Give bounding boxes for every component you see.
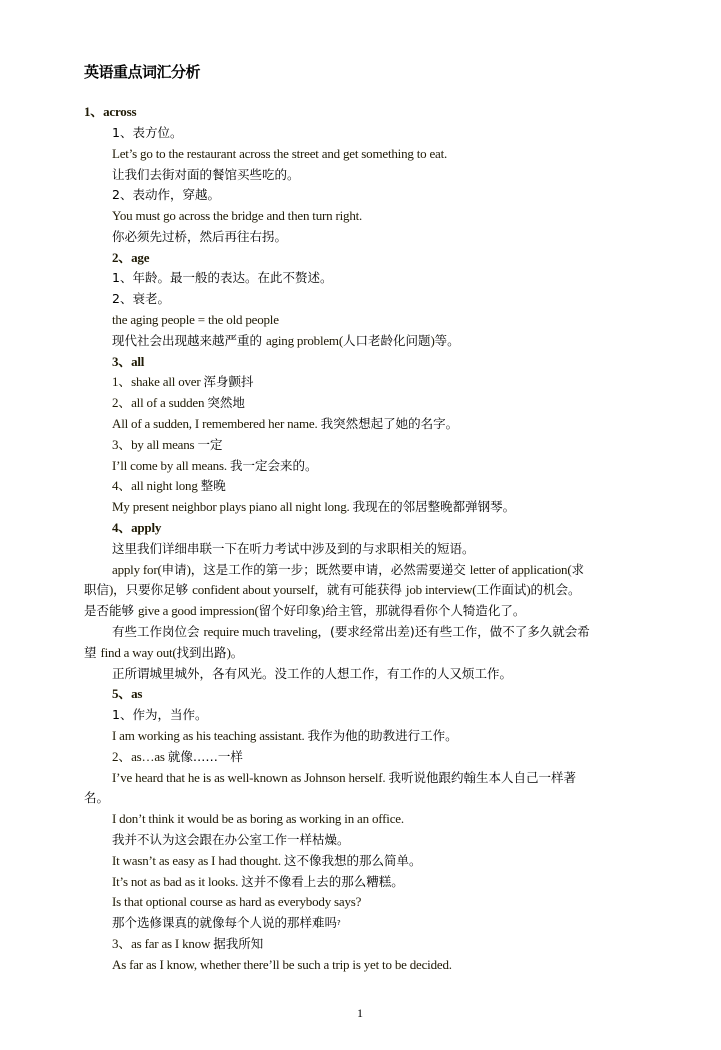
text-run: 2、all of a sudden — [112, 395, 207, 410]
text-run: 1、across — [84, 104, 136, 119]
document-page: 英语重点词汇分析 1、across1、表方位。Let’s go to the r… — [0, 0, 721, 1050]
text-line: 是否能够 give a good impression(留个好印象)给主管，那就… — [84, 602, 525, 620]
text-line: I’ll come by all means. 我一定会来的。 — [112, 457, 317, 475]
text-run: It’s not as bad as it looks. — [112, 874, 241, 889]
text-line: 职信)，只要你足够 confident about yourself，就有可能获… — [84, 581, 581, 599]
text-run: 工作面试 — [476, 582, 526, 597]
text-line: It wasn’t as easy as I had thought. 这不像我… — [112, 852, 422, 870]
text-line: 4、all night long 整晚 — [112, 477, 226, 495]
text-line: 我并不认为这会跟在办公室工作一样枯燥。 — [112, 831, 350, 849]
text-run: find a way out( — [100, 645, 176, 660]
missing-glyph-icon: ? — [337, 914, 341, 932]
text-run: 留个好印象 — [259, 603, 322, 618]
text-run: 。 — [231, 645, 244, 660]
text-run: As far as I know, whether there’ll be su… — [112, 957, 452, 972]
text-run: Is that optional course as hard as every… — [112, 894, 361, 909]
text-line: 望 find a way out(找到出路)。 — [84, 644, 243, 662]
text-line: It’s not as bad as it looks. 这并不像看上去的那么糟… — [112, 873, 404, 891]
text-run: 4、apply — [112, 520, 161, 535]
text-run: 1、作为，当作。 — [112, 707, 207, 722]
text-line: All of a sudden, I remembered her name. … — [112, 415, 458, 433]
text-line: 3、all — [112, 353, 144, 371]
text-run: 找到出路 — [177, 645, 227, 660]
text-line: I’ve heard that he is as well-known as J… — [112, 769, 576, 787]
text-line: 5、as — [112, 685, 142, 703]
text-run: 5、as — [112, 686, 142, 701]
text-line: 现代社会出现越来越严重的 aging problem(人口老龄化问题)等。 — [112, 332, 460, 350]
text-run: 等。 — [435, 333, 460, 348]
text-run: 2、衰老。 — [112, 291, 170, 306]
text-run: 现代社会出现越来越严重的 — [112, 333, 266, 348]
text-line: 2、age — [112, 249, 149, 267]
text-run: ，就有可能获得 — [314, 582, 405, 597]
text-run: 我现在的邻居整晚都弹钢琴。 — [353, 499, 516, 514]
text-run: apply for( — [112, 562, 162, 577]
text-run: Let’s go to the restaurant across the st… — [112, 146, 447, 161]
text-line: As far as I know, whether there’ll be su… — [112, 956, 452, 974]
text-run: 2、as…as — [112, 749, 168, 764]
text-line: 1、表方位。 — [112, 124, 182, 142]
text-run: 那个选修课真的就像每个人说的那样难吗 — [112, 915, 337, 930]
text-run: 是否能够 — [84, 603, 138, 618]
text-line: Is that optional course as hard as every… — [112, 893, 361, 911]
text-run: ，只要你足够 — [113, 582, 192, 597]
document-title: 英语重点词汇分析 — [84, 61, 200, 82]
text-line: Let’s go to the restaurant across the st… — [112, 145, 447, 163]
text-line: 这里我们详细串联一下在听力考试中涉及到的与求职相关的短语。 — [112, 540, 475, 558]
text-run: 求 — [572, 562, 585, 577]
text-run: 我一定会来的。 — [230, 458, 318, 473]
text-run: 我听说他跟约翰生本人自己一样著 — [389, 770, 577, 785]
text-run: 突然地 — [207, 395, 245, 410]
text-run: 的机会。 — [531, 582, 581, 597]
text-run: job interview( — [406, 582, 476, 597]
text-run: 一定 — [197, 437, 222, 452]
text-run: 给主管，那就得看你个人犄造化了。 — [325, 603, 525, 618]
text-run: require much traveling — [203, 624, 317, 639]
text-run: 我作为他的助教进行工作。 — [308, 728, 458, 743]
text-line: 名。 — [84, 789, 109, 807]
text-run: 就像……一样 — [168, 749, 243, 764]
text-run: give a good impression( — [138, 603, 259, 618]
text-run: It wasn’t as easy as I had thought. — [112, 853, 284, 868]
text-run: 3、by all means — [112, 437, 197, 452]
text-run: 3、all — [112, 354, 144, 369]
text-line: the aging people = the old people — [112, 311, 279, 329]
text-run: 4、all night long — [112, 478, 201, 493]
text-line: 3、as far as I know 据我所知 — [112, 935, 263, 953]
text-line: You must go across the bridge and then t… — [112, 207, 362, 225]
text-run: I’ve heard that he is as well-known as J… — [112, 770, 389, 785]
text-run: 这里我们详细串联一下在听力考试中涉及到的与求职相关的短语。 — [112, 541, 475, 556]
text-run: 这并不像看上去的那么糟糕。 — [241, 874, 404, 889]
text-run: 正所谓城里城外，各有风光。没工作的人想工作，有工作的人又烦工作。 — [112, 666, 512, 681]
text-line: 2、all of a sudden 突然地 — [112, 394, 245, 412]
text-run: 我突然想起了她的名字。 — [321, 416, 459, 431]
text-line: 1、年龄。最一般的表达。在此不赘述。 — [112, 269, 332, 287]
page-number: 1 — [357, 1006, 363, 1021]
text-run: letter of application( — [470, 562, 572, 577]
text-run: 申请 — [162, 562, 187, 577]
text-run: ，(要求经常出差)还有些工作，做不了多久就会希 — [317, 624, 589, 639]
text-run: 1、shake all over — [112, 374, 204, 389]
text-run: 职信 — [84, 582, 109, 597]
text-run: I’ll come by all means. — [112, 458, 230, 473]
text-run: You must go across the bridge and then t… — [112, 208, 362, 223]
text-line: 有些工作岗位会 require much traveling，(要求经常出差)还… — [112, 623, 590, 641]
text-run: 这不像我想的那么简单。 — [284, 853, 422, 868]
text-run: All of a sudden, I remembered her name. — [112, 416, 321, 431]
text-run: 2、表动作，穿越。 — [112, 187, 220, 202]
text-run: 1、年龄。最一般的表达。在此不赘述。 — [112, 270, 332, 285]
text-run: 望 — [84, 645, 100, 660]
text-run: 让我们去街对面的餐馆买些吃的。 — [112, 167, 300, 182]
text-run: confident about yourself — [192, 582, 314, 597]
text-run: 名。 — [84, 790, 109, 805]
text-line: 你必须先过桥，然后再往右拐。 — [112, 228, 287, 246]
text-line: 1、作为，当作。 — [112, 706, 207, 724]
text-run: 1、表方位。 — [112, 125, 182, 140]
text-line: I am working as his teaching assistant. … — [112, 727, 458, 745]
text-run: 你必须先过桥，然后再往右拐。 — [112, 229, 287, 244]
text-line: 让我们去街对面的餐馆买些吃的。 — [112, 166, 300, 184]
text-run: 浑身颤抖 — [204, 374, 254, 389]
text-line: 2、衰老。 — [112, 290, 170, 308]
text-line: 3、by all means 一定 — [112, 436, 222, 454]
text-line: 那个选修课真的就像每个人说的那样难吗? — [112, 914, 341, 932]
text-line: 1、shake all over 浑身颤抖 — [112, 373, 254, 391]
text-run: 3、as far as I know — [112, 936, 213, 951]
text-run: 我并不认为这会跟在办公室工作一样枯燥。 — [112, 832, 350, 847]
text-run: the aging people = the old people — [112, 312, 279, 327]
text-line: My present neighbor plays piano all nigh… — [112, 498, 515, 516]
text-line: 2、as…as 就像……一样 — [112, 748, 243, 766]
text-run: 人口老龄化问题 — [343, 333, 431, 348]
text-line: 1、across — [84, 103, 136, 121]
text-line: 2、表动作，穿越。 — [112, 186, 220, 204]
text-line: apply for(申请)，这是工作的第一步；既然要申请，必然需要递交 lett… — [112, 561, 584, 579]
text-run: 2、age — [112, 250, 149, 265]
text-line: I don’t think it would be as boring as w… — [112, 810, 404, 828]
text-run: I don’t think it would be as boring as w… — [112, 811, 404, 826]
text-run: My present neighbor plays piano all nigh… — [112, 499, 353, 514]
text-run: aging problem( — [266, 333, 343, 348]
text-run: 据我所知 — [213, 936, 263, 951]
text-line: 正所谓城里城外，各有风光。没工作的人想工作，有工作的人又烦工作。 — [112, 665, 512, 683]
text-run: ，这是工作的第一步；既然要申请，必然需要递交 — [191, 562, 470, 577]
text-run: I am working as his teaching assistant. — [112, 728, 308, 743]
text-run: 有些工作岗位会 — [112, 624, 203, 639]
text-line: 4、apply — [112, 519, 161, 537]
text-run: 整晚 — [201, 478, 226, 493]
